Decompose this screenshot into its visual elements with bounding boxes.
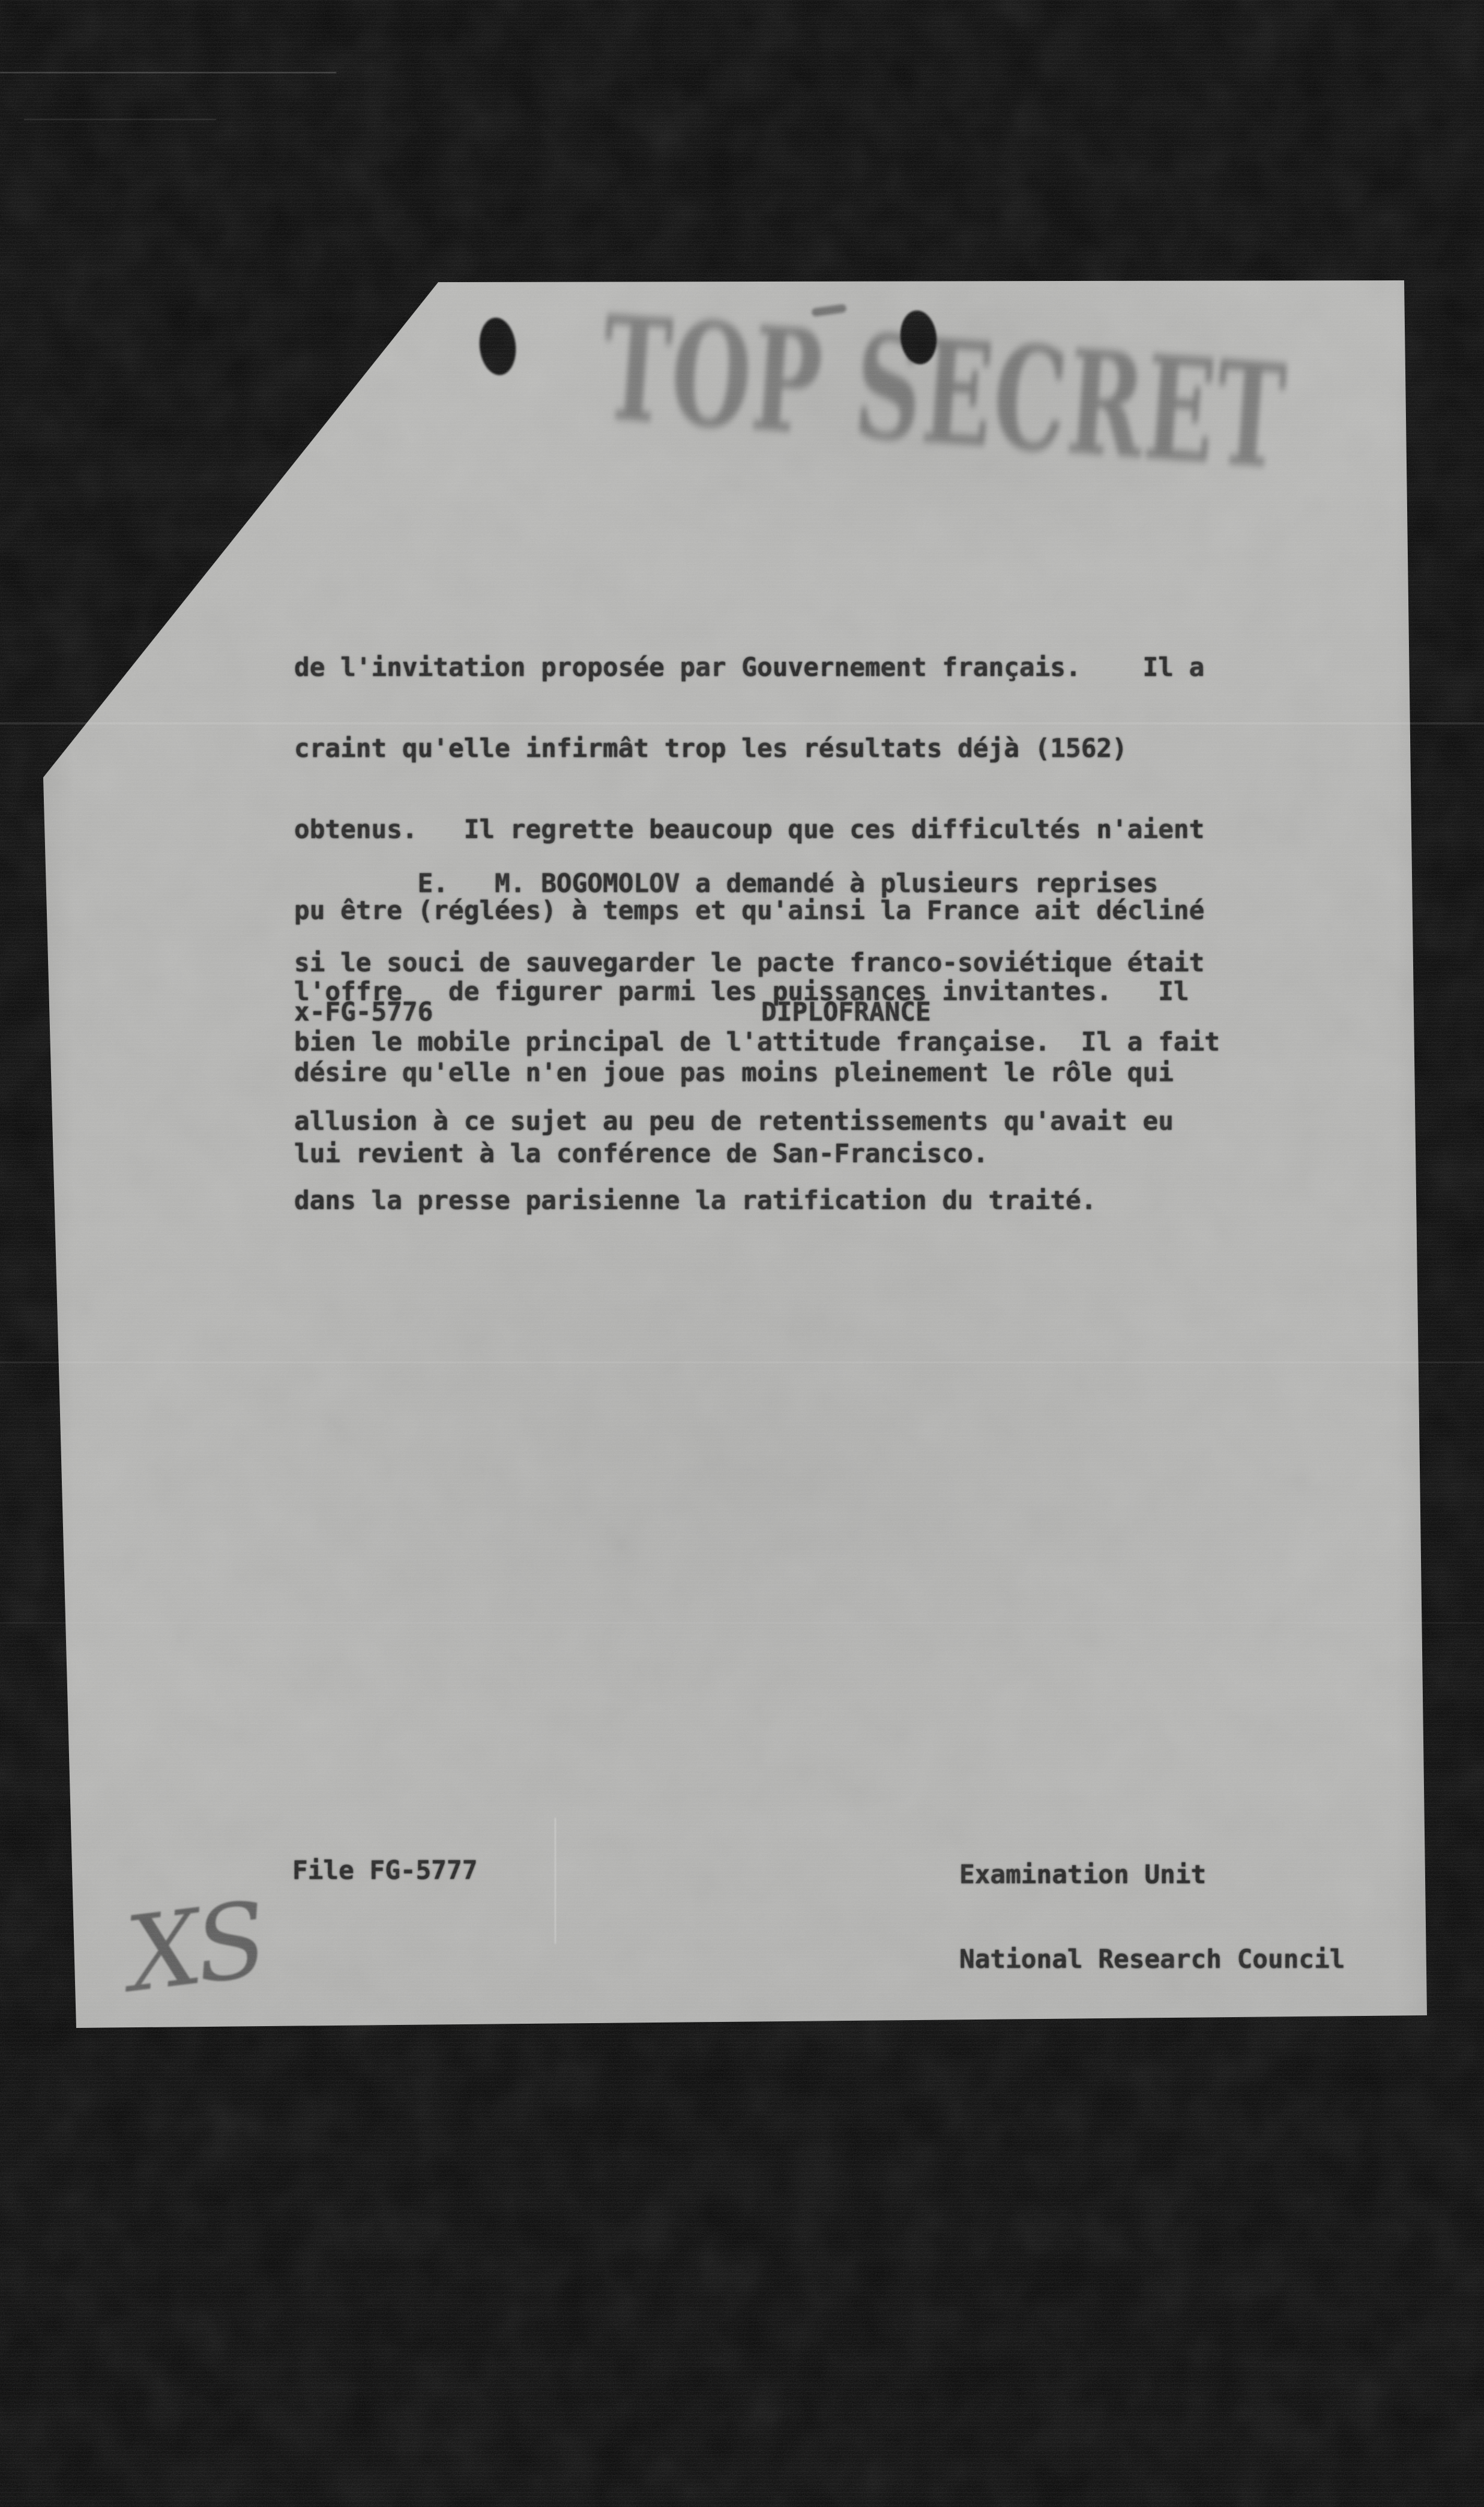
- reference-number: x-FG-5776: [294, 999, 433, 1026]
- paper-scratch: [555, 1818, 556, 1944]
- issuer-line: March 20, 1945: [959, 2030, 1345, 2059]
- document-page: TOP SECRET de l'invitation proposée par …: [0, 0, 1484, 2507]
- microfilm-scan: TOP SECRET de l'invitation proposée par …: [0, 0, 1484, 2507]
- issuer-line: National Research Council: [959, 1946, 1345, 1974]
- typed-line: si le souci de sauvegarder le pacte fran…: [294, 950, 1220, 976]
- footer-file-number: File FG-5777: [292, 1857, 477, 1884]
- handwritten-xs-mark: XS: [120, 1884, 270, 2010]
- typed-line: bien le mobile principal de l'attitude f…: [294, 1029, 1220, 1055]
- issuer-line: Examination Unit: [959, 1861, 1345, 1889]
- handwritten-xs-text: XS: [120, 1884, 270, 2010]
- typed-line: dans la presse parisienne la ratificatio…: [294, 1187, 1220, 1214]
- typed-line: allusion à ce sujet au peu de retentisse…: [294, 1108, 1220, 1135]
- paragraph-2: E. M. BOGOMOLOV a demandé à plusieurs re…: [294, 818, 1220, 1267]
- typed-line: de l'invitation proposée par Gouvernemen…: [294, 654, 1204, 681]
- film-scratch: [0, 72, 336, 73]
- typed-line: E. M. BOGOMOLOV a demandé à plusieurs re…: [294, 870, 1220, 897]
- typed-line: craint qu'elle infirmât trop les résulta…: [294, 735, 1204, 762]
- codeword-diplofrance: DIPLOFRANCE: [761, 999, 931, 1026]
- film-scratch: [24, 119, 216, 120]
- issuer-block: Examination Unit National Research Counc…: [959, 1805, 1345, 2115]
